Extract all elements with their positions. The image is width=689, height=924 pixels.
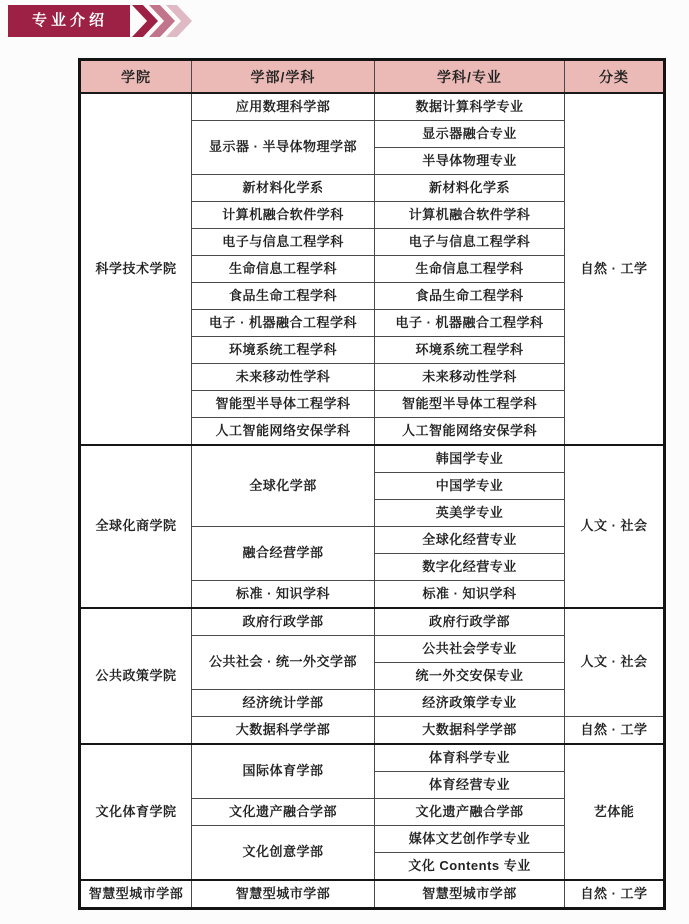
- department-cell: 全球化学部: [192, 445, 375, 527]
- department-cell: 标准 · 知识学科: [192, 581, 375, 609]
- major-cell: 体育经营专业: [375, 772, 565, 799]
- major-cell: 公共社会学专业: [375, 636, 565, 663]
- major-cell: 智慧型城市学部: [375, 880, 565, 909]
- major-cell: 数据计算科学专业: [375, 93, 565, 121]
- department-cell: 应用数理科学部: [192, 93, 375, 121]
- classification-cell: 自然 · 工学: [565, 880, 665, 909]
- college-cell: 文化体育学院: [80, 744, 192, 880]
- major-cell: 食品生命工程学科: [375, 283, 565, 310]
- major-cell: 数字化经营专业: [375, 554, 565, 581]
- major-cell: 中国学专业: [375, 473, 565, 500]
- major-cell: 环境系统工程学科: [375, 337, 565, 364]
- major-cell: 计算机融合软件学科: [375, 202, 565, 229]
- college-cell: 公共政策学院: [80, 608, 192, 744]
- major-cell: 半导体物理专业: [375, 148, 565, 175]
- major-cell: 电子 · 机器融合工程学科: [375, 310, 565, 337]
- header-classification: 分类: [565, 60, 665, 94]
- major-cell: 生命信息工程学科: [375, 256, 565, 283]
- majors-table-container: 学院 学部/学科 学科/专业 分类 科学技术学院应用数理科学部数据计算科学专业自…: [78, 58, 666, 910]
- major-cell: 大数据科学学部: [375, 717, 565, 745]
- classification-cell: 人文 · 社会: [565, 445, 665, 608]
- department-cell: 新材料化学系: [192, 175, 375, 202]
- header-major: 学科/专业: [375, 60, 565, 94]
- section-banner: 专业介绍: [8, 5, 192, 37]
- major-cell: 韩国学专业: [375, 445, 565, 473]
- department-cell: 国际体育学部: [192, 744, 375, 799]
- department-cell: 人工智能网络安保学科: [192, 418, 375, 446]
- department-cell: 智慧型城市学部: [192, 880, 375, 909]
- table-row: 智慧型城市学部智慧型城市学部智慧型城市学部自然 · 工学: [80, 880, 665, 909]
- department-cell: 文化创意学部: [192, 826, 375, 881]
- college-cell: 全球化商学院: [80, 445, 192, 608]
- department-cell: 公共社会 · 统一外交学部: [192, 636, 375, 690]
- major-cell: 标准 · 知识学科: [375, 581, 565, 609]
- department-cell: 智能型半导体工程学科: [192, 391, 375, 418]
- major-cell: 显示器融合专业: [375, 121, 565, 148]
- major-cell: 政府行政学部: [375, 608, 565, 636]
- department-cell: 大数据科学学部: [192, 717, 375, 745]
- major-cell: 人工智能网络安保学科: [375, 418, 565, 446]
- department-cell: 环境系统工程学科: [192, 337, 375, 364]
- major-cell: 智能型半导体工程学科: [375, 391, 565, 418]
- header-college: 学院: [80, 60, 192, 94]
- department-cell: 计算机融合软件学科: [192, 202, 375, 229]
- table-row: 科学技术学院应用数理科学部数据计算科学专业自然 · 工学: [80, 93, 665, 121]
- table-row: 公共政策学院政府行政学部政府行政学部人文 · 社会: [80, 608, 665, 636]
- table-row: 全球化商学院全球化学部韩国学专业人文 · 社会: [80, 445, 665, 473]
- major-cell: 未来移动性学科: [375, 364, 565, 391]
- department-cell: 生命信息工程学科: [192, 256, 375, 283]
- college-cell: 智慧型城市学部: [80, 880, 192, 909]
- major-cell: 新材料化学系: [375, 175, 565, 202]
- major-cell: 电子与信息工程学科: [375, 229, 565, 256]
- majors-table: 学院 学部/学科 学科/专业 分类 科学技术学院应用数理科学部数据计算科学专业自…: [78, 58, 666, 910]
- department-cell: 未来移动性学科: [192, 364, 375, 391]
- banner-title: 专业介绍: [8, 5, 130, 37]
- major-cell: 文化遗产融合学部: [375, 799, 565, 826]
- major-cell: 全球化经营专业: [375, 527, 565, 554]
- classification-cell: 艺体能: [565, 744, 665, 880]
- department-cell: 融合经营学部: [192, 527, 375, 581]
- department-cell: 经济统计学部: [192, 690, 375, 717]
- department-cell: 显示器 · 半导体物理学部: [192, 121, 375, 175]
- classification-cell: 自然 · 工学: [565, 717, 665, 745]
- major-cell: 统一外交安保专业: [375, 663, 565, 690]
- header-department: 学部/学科: [192, 60, 375, 94]
- department-cell: 食品生命工程学科: [192, 283, 375, 310]
- table-header-row: 学院 学部/学科 学科/专业 分类: [80, 60, 665, 94]
- major-cell: 体育科学专业: [375, 744, 565, 772]
- table-row: 文化体育学院国际体育学部体育科学专业艺体能: [80, 744, 665, 772]
- department-cell: 电子 · 机器融合工程学科: [192, 310, 375, 337]
- college-cell: 科学技术学院: [80, 93, 192, 445]
- majors-table-body: 科学技术学院应用数理科学部数据计算科学专业自然 · 工学显示器 · 半导体物理学…: [80, 93, 665, 909]
- major-cell: 经济政策学专业: [375, 690, 565, 717]
- classification-cell: 自然 · 工学: [565, 93, 665, 445]
- classification-cell: 人文 · 社会: [565, 608, 665, 717]
- department-cell: 电子与信息工程学科: [192, 229, 375, 256]
- department-cell: 政府行政学部: [192, 608, 375, 636]
- major-cell: 英美学专业: [375, 500, 565, 527]
- major-cell: 文化 Contents 专业: [375, 853, 565, 881]
- department-cell: 文化遗产融合学部: [192, 799, 375, 826]
- major-cell: 媒体文艺创作学专业: [375, 826, 565, 853]
